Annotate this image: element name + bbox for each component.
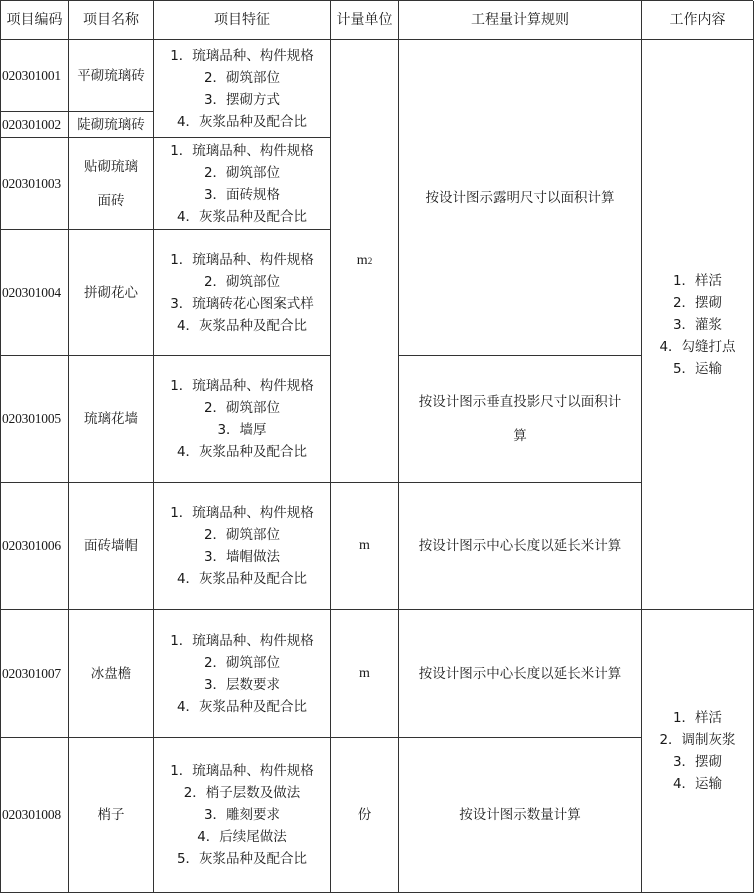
feature-line: 4．灰浆品种及配合比	[177, 206, 307, 228]
work-line: 2．调制灰浆	[659, 729, 735, 751]
feature-line: 3．墙厚	[217, 419, 266, 441]
feature-line: 2．梢子层数及做法	[184, 782, 301, 804]
feature-line: 4．灰浆品种及配合比	[177, 441, 307, 463]
feature-line: 1．琉璃品种、构件规格	[170, 760, 314, 782]
unit-base: m	[357, 250, 368, 272]
cell-rule: 按设计图示中心长度以延长米计算	[399, 483, 642, 610]
work-line: 2．摆砌	[673, 292, 722, 314]
cell-unit: 份	[331, 738, 399, 893]
cell-features: 1．琉璃品种、构件规格 2．砌筑部位 3．墙厚 4．灰浆品种及配合比	[154, 356, 331, 483]
work-line: 4．运输	[673, 773, 722, 795]
feature-line: 3．雕刻要求	[204, 804, 280, 826]
cell-rule: 按设计图示露明尺寸以面积计算	[399, 40, 642, 356]
header-name: 项目名称	[69, 1, 154, 40]
cell-name: 面砖墙帽	[69, 483, 154, 610]
cell-work: 1．样活 2．摆砌 3．灌浆 4．勾缝打点 5．运输	[642, 40, 754, 610]
header-unit: 计量单位	[331, 1, 399, 40]
cell-name: 冰盘檐	[69, 610, 154, 738]
cell-code: 020301002	[1, 112, 69, 138]
feature-line: 3．摆砌方式	[204, 89, 280, 111]
feature-line: 1．琉璃品种、构件规格	[170, 375, 314, 397]
cell-unit: m	[331, 483, 399, 610]
feature-line: 2．砌筑部位	[204, 162, 280, 184]
feature-line: 3．层数要求	[204, 674, 280, 696]
feature-line: 1．琉璃品种、构件规格	[170, 502, 314, 524]
work-line: 3．摆砌	[673, 751, 722, 773]
cell-code: 020301008	[1, 738, 69, 893]
cell-features: 1．琉璃品种、构件规格 2．砌筑部位 3．墙帽做法 4．灰浆品种及配合比	[154, 483, 331, 610]
cell-name: 陡砌琉璃砖	[69, 112, 154, 138]
feature-line: 3．琉璃砖花心图案式样	[170, 293, 314, 315]
cell-code: 020301006	[1, 483, 69, 610]
feature-line: 1．琉璃品种、构件规格	[170, 140, 314, 162]
feature-line: 2．砌筑部位	[204, 524, 280, 546]
feature-line: 1．琉璃品种、构件规格	[170, 249, 314, 271]
feature-line: 1．琉璃品种、构件规格	[170, 630, 314, 652]
cell-features: 1．琉璃品种、构件规格 2．砌筑部位 3．琉璃砖花心图案式样 4．灰浆品种及配合…	[154, 230, 331, 356]
feature-line: 4．灰浆品种及配合比	[177, 696, 307, 718]
cell-code: 020301001	[1, 40, 69, 112]
work-line: 5．运输	[673, 358, 722, 380]
feature-line: 4．灰浆品种及配合比	[177, 111, 307, 133]
name-line: 面砖	[98, 184, 125, 218]
feature-line: 4．后续尾做法	[197, 826, 287, 848]
cell-name: 拼砌花心	[69, 230, 154, 356]
cell-rule: 按设计图示垂直投影尺寸以面积计算	[399, 356, 642, 483]
cell-rule: 按设计图示中心长度以延长米计算	[399, 610, 642, 738]
cell-unit: m2	[331, 40, 399, 483]
header-rule: 工程量计算规则	[399, 1, 642, 40]
feature-line: 5．灰浆品种及配合比	[177, 848, 307, 870]
cell-code: 020301003	[1, 138, 69, 230]
cell-code: 020301004	[1, 230, 69, 356]
header-code: 项目编码	[1, 1, 69, 40]
cell-name: 琉璃花墙	[69, 356, 154, 483]
cell-name: 梢子	[69, 738, 154, 893]
feature-line: 2．砌筑部位	[204, 67, 280, 89]
cell-code: 020301005	[1, 356, 69, 483]
feature-line: 2．砌筑部位	[204, 271, 280, 293]
feature-line: 2．砌筑部位	[204, 397, 280, 419]
work-line: 4．勾缝打点	[659, 336, 735, 358]
cell-features: 1．琉璃品种、构件规格 2．砌筑部位 3．摆砌方式 4．灰浆品种及配合比	[154, 40, 331, 138]
feature-line: 3．墙帽做法	[204, 546, 280, 568]
feature-line: 4．灰浆品种及配合比	[177, 568, 307, 590]
bill-of-quantities-table: 项目编码 项目名称 项目特征 计量单位 工程量计算规则 工作内容 0203010…	[0, 0, 753, 893]
feature-line: 3．面砖规格	[204, 184, 280, 206]
cell-code: 020301007	[1, 610, 69, 738]
cell-rule: 按设计图示数量计算	[399, 738, 642, 893]
feature-line: 2．砌筑部位	[204, 652, 280, 674]
cell-unit: m	[331, 610, 399, 738]
work-line: 3．灌浆	[673, 314, 722, 336]
feature-line: 1．琉璃品种、构件规格	[170, 45, 314, 67]
work-line: 1．样活	[673, 707, 722, 729]
name-line: 贴砌琉璃	[84, 150, 138, 184]
work-line: 1．样活	[673, 270, 722, 292]
cell-features: 1．琉璃品种、构件规格 2．砌筑部位 3．面砖规格 4．灰浆品种及配合比	[154, 138, 331, 230]
header-features: 项目特征	[154, 1, 331, 40]
cell-features: 1．琉璃品种、构件规格 2．砌筑部位 3．层数要求 4．灰浆品种及配合比	[154, 610, 331, 738]
cell-name: 贴砌琉璃 面砖	[69, 138, 154, 230]
cell-features: 1．琉璃品种、构件规格 2．梢子层数及做法 3．雕刻要求 4．后续尾做法 5．灰…	[154, 738, 331, 893]
cell-work: 1．样活 2．调制灰浆 3．摆砌 4．运输	[642, 610, 754, 893]
feature-line: 4．灰浆品种及配合比	[177, 315, 307, 337]
header-work: 工作内容	[642, 1, 754, 40]
cell-name: 平砌琉璃砖	[69, 40, 154, 112]
